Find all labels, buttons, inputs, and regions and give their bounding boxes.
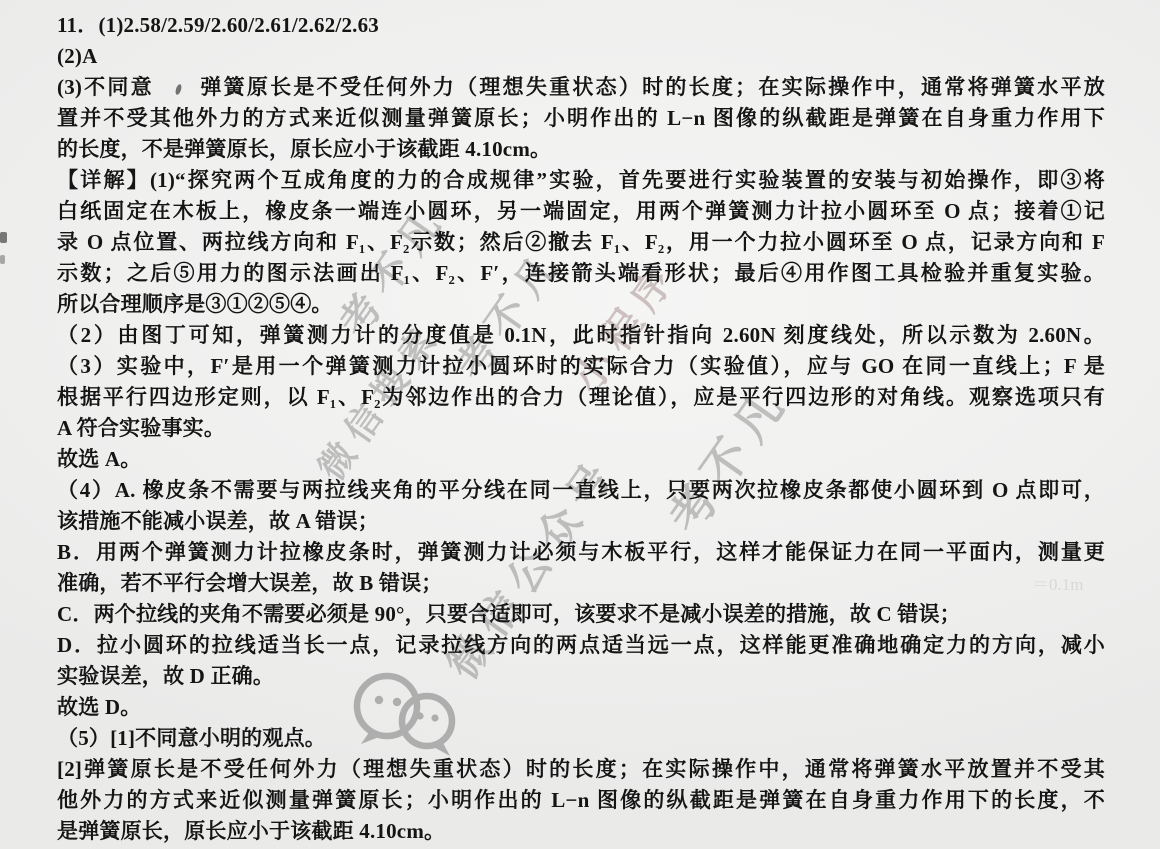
text-line: 录 O 点位置、两拉线方向和 F₁、F₂示数；然后②撤去 F₁、F₂，用一个力拉… (57, 227, 1105, 258)
text-line: （3）实验中，F′是用一个弹簧测力计拉小圆环时的实际合力（实验值），应与 GO … (57, 351, 1105, 382)
text-line: 实验误差，故 D 正确。 (57, 661, 1105, 692)
scanned-page: 考不凡 考不凡 微信搜索 小程序 微信公众号 考不凡 ＝0.1m 11．(1)2… (0, 0, 1160, 849)
text-line: B．用两个弹簧测力计拉橡皮条时，弹簧测力计必须与木板平行，这样才能保证力在同一平… (57, 537, 1105, 568)
text-line: （4）A. 橡皮条不需要与两拉线夹角的平分线在同一直线上，只要两次拉橡皮条都使小… (57, 475, 1105, 506)
text-line: 他外力的方式来近似测量弹簧原长；小明作出的 L−n 图像的纵截距是弹簧在自身重力… (57, 785, 1105, 816)
text-line: （5）[1]不同意小明的观点。 (57, 723, 1105, 754)
text-line: （2）由图丁可知，弹簧测力计的分度值是 0.1N，此时指针指向 2.60N 刻度… (57, 320, 1105, 351)
text-line: A 符合实验事实。 (57, 413, 1105, 444)
answer-text-block: 11．(1)2.58/2.59/2.60/2.61/2.62/2.63 (2)A… (57, 10, 1105, 847)
text-line: 白纸固定在木板上，橡皮条一端连小圆环，另一端固定，用两个弹簧测力计拉小圆环至 O… (57, 196, 1105, 227)
text-line: D．拉小圆环的拉线适当长一点，记录拉线方向的两点适当远一点，这样能更准确地确定力… (57, 630, 1105, 661)
text-line: 的长度，不是弹簧原长，原长应小于该截距 4.10cm。 (57, 134, 1105, 165)
text-line: (2)A (57, 41, 1105, 72)
text-line: 准确，若不平行会增大误差，故 B 错误； (57, 568, 1105, 599)
text-line: (3)不同意 弹簧原长是不受任何外力（理想失重状态）时的长度；在实际操作中，通常… (57, 72, 1105, 103)
text-line: 示数；之后⑤用力的图示法画出 F₁、F₂、F′，连接箭头端看形状；最后④用作图工… (57, 258, 1105, 289)
text-line: 11．(1)2.58/2.59/2.60/2.61/2.62/2.63 (57, 10, 1105, 41)
text-line: C．两个拉线的夹角不需要必须是 90°，只要合适即可，该要求不是减小误差的措施，… (57, 599, 1105, 630)
text-line: 【详解】(1)“探究两个互成角度的力的合成规律”实验，首先要进行实验装置的安装与… (57, 165, 1105, 196)
text-line: 故选 D。 (57, 692, 1105, 723)
text-line: 根据平行四边形定则，以 F₁、F₂为邻边作出的合力（理论值），应是平行四边形的对… (57, 382, 1105, 413)
scan-edge-mark (0, 232, 7, 243)
text-line: 该措施不能减小误差，故 A 错误； (57, 506, 1105, 537)
text-line: 置并不受其他外力的方式来近似测量弹簧原长；小明作出的 L−n 图像的纵截距是弹簧… (57, 103, 1105, 134)
text-line: 是弹簧原长，原长应小于该截距 4.10cm。 (57, 816, 1105, 847)
text-line: 所以合理顺序是③①②⑤④。 (57, 289, 1105, 320)
text-line: [2]弹簧原长是不受任何外力（理想失重状态）时的长度；在实际操作中，通常将弹簧水… (57, 754, 1105, 785)
text-line: 故选 A。 (57, 444, 1105, 475)
scan-edge-mark (0, 255, 5, 264)
